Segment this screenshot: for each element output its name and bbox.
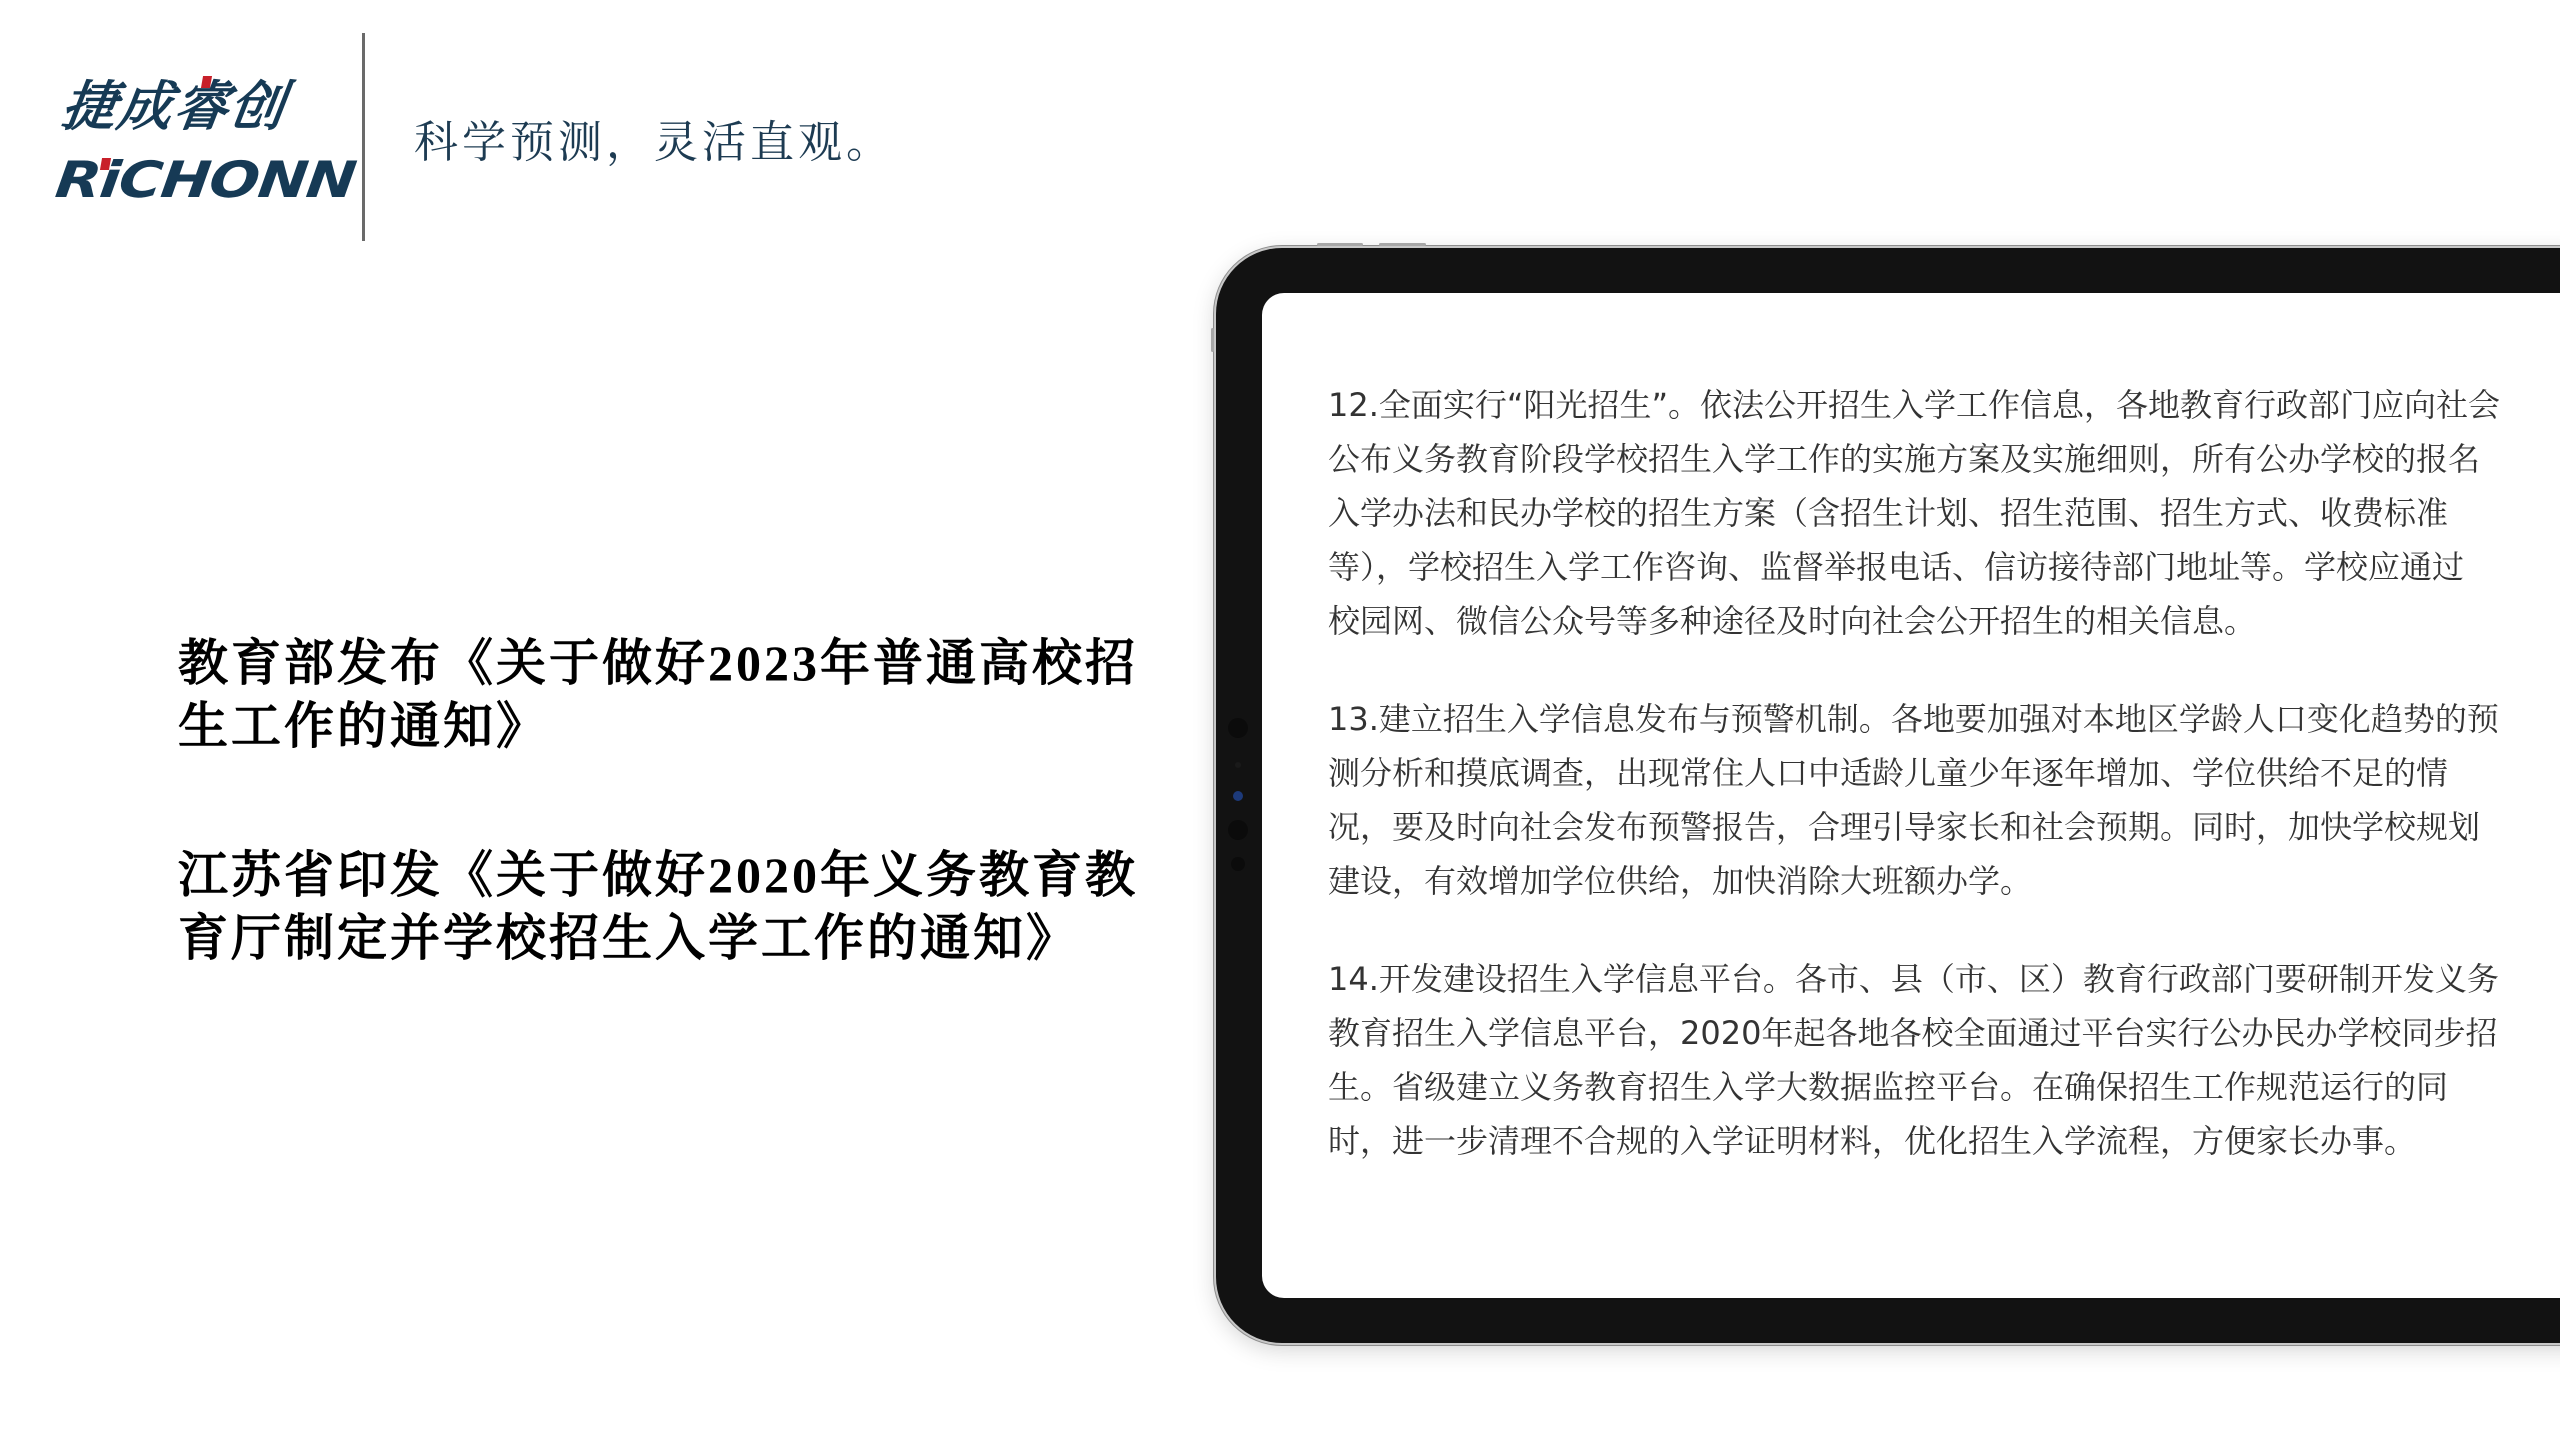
logo-english-name: RiCHONN — [53, 154, 358, 206]
document-paragraph-12: 12.全面实行“阳光招生”。依法公开招生入学工作信息，各地教育行政部门应向社会 … — [1328, 378, 2560, 648]
heading-line: 育厅制定并学校招生入学工作的通知》 — [178, 907, 1188, 970]
tagline: 科学预测，灵活直观。 — [414, 113, 894, 173]
paragraph-line: 况，要及时向社会发布预警报告，合理引导家长和社会预期。同时，加快学校规划 — [1328, 800, 2560, 854]
tablet-screen: 12.全面实行“阳光招生”。依法公开招生入学工作信息，各地教育行政部门应向社会 … — [1262, 293, 2560, 1298]
power-button — [1211, 328, 1214, 352]
heading-line: 生工作的通知》 — [178, 695, 1188, 758]
heading-jiangsu-notice: 江苏省印发《关于做好2020年义务教育教 育厅制定并学校招生入学工作的通知》 — [178, 844, 1188, 970]
document-paragraph-13: 13.建立招生入学信息发布与预警机制。各地要加强对本地区学龄人口变化趋势的预 测… — [1328, 692, 2560, 908]
sensor-icon — [1231, 857, 1245, 871]
document-paragraph-14: 14.开发建设招生入学信息平台。各市、县（市、区）教育行政部门要研制开发义务 教… — [1328, 952, 2560, 1168]
company-logo: 捷成睿创 RiCHONN — [56, 74, 336, 204]
paragraph-line: 12.全面实行“阳光招生”。依法公开招生入学工作信息，各地教育行政部门应向社会 — [1328, 378, 2560, 432]
paragraph-line: 建设，有效增加学位供给，加快消除大班额办学。 — [1328, 854, 2560, 908]
heading-ministry-notice: 教育部发布《关于做好2023年普通高校招 生工作的通知》 — [178, 632, 1188, 758]
notice-headings: 教育部发布《关于做好2023年普通高校招 生工作的通知》 江苏省印发《关于做好2… — [178, 632, 1188, 970]
paragraph-line: 生。省级建立义务教育招生入学大数据监控平台。在确保招生工作规范运行的同 — [1328, 1060, 2560, 1114]
paragraph-line: 等），学校招生入学工作咨询、监督举报电话、信访接待部门地址等。学校应通过 — [1328, 540, 2560, 594]
paragraph-line: 测分析和摸底调查，出现常住人口中适龄儿童少年逐年增加、学位供给不足的情 — [1328, 746, 2560, 800]
camera-icon — [1233, 791, 1243, 801]
paragraph-line: 校园网、微信公众号等多种途径及时向社会公开招生的相关信息。 — [1328, 594, 2560, 648]
tablet-device: 12.全面实行“阳光招生”。依法公开招生入学工作信息，各地教育行政部门应向社会 … — [1216, 248, 2560, 1343]
logo-chinese-name: 捷成睿创 — [57, 74, 290, 140]
volume-button — [1379, 243, 1426, 246]
paragraph-line: 教育招生入学信息平台，2020年起各地各校全面通过平台实行公办民办学校同步招 — [1328, 1006, 2560, 1060]
sensor-icon — [1235, 762, 1241, 768]
paragraph-line: 公布义务教育阶段学校招生入学工作的实施方案及实施细则，所有公办学校的报名 — [1328, 432, 2560, 486]
paragraph-line: 入学办法和民办学校的招生方案（含招生计划、招生范围、招生方式、收费标准 — [1328, 486, 2560, 540]
paragraph-line: 14.开发建设招生入学信息平台。各市、县（市、区）教育行政部门要研制开发义务 — [1328, 952, 2560, 1006]
volume-button — [1317, 243, 1363, 246]
paragraph-line: 时，进一步清理不合规的入学证明材料，优化招生入学流程，方便家长办事。 — [1328, 1114, 2560, 1168]
policy-document: 12.全面实行“阳光招生”。依法公开招生入学工作信息，各地教育行政部门应向社会 … — [1328, 378, 2560, 1212]
paragraph-line: 13.建立招生入学信息发布与预警机制。各地要加强对本地区学龄人口变化趋势的预 — [1328, 692, 2560, 746]
header-divider — [362, 33, 365, 241]
sensor-icon — [1228, 820, 1248, 840]
sensor-icon — [1228, 718, 1248, 738]
heading-line: 教育部发布《关于做好2023年普通高校招 — [178, 632, 1188, 695]
heading-line: 江苏省印发《关于做好2020年义务教育教 — [178, 844, 1188, 907]
